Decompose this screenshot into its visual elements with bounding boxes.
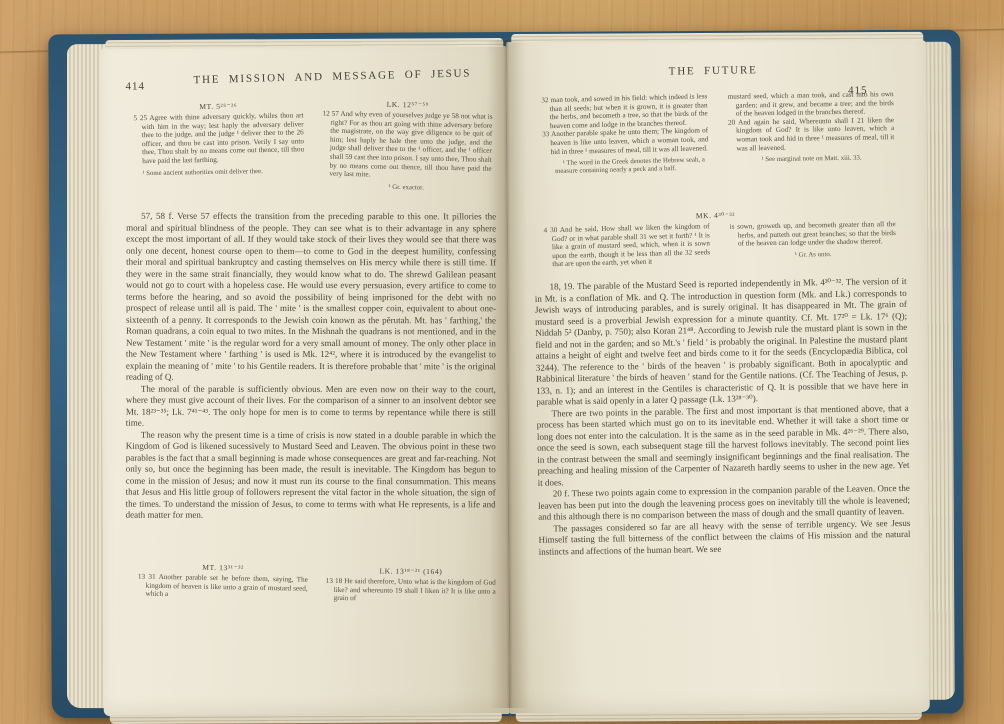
footnote: ¹ Some ancient authorities omit deliver … — [134, 167, 304, 178]
mark-column-left: 4 30 And he said, How shall we liken the… — [543, 222, 710, 269]
commentary-paragraph: 57, 58 f. Verse 57 effects the transitio… — [126, 211, 496, 384]
scripture-text: 13 18 He said therefore, Unto what is th… — [326, 577, 496, 605]
footnote: ¹ The word in the Greek denotes the Hebr… — [543, 156, 709, 176]
scripture-text: 4 30 And he said, How shall we liken the… — [543, 222, 710, 269]
scripture-text: 13 31 Another parable set he before them… — [137, 573, 307, 602]
commentary-paragraph: There are two points in the parable. The… — [536, 402, 909, 488]
scripture-text: is sown, groweth up, and becometh greate… — [730, 220, 896, 248]
parallel-columns-top-left-page: MT. 5²⁵⁻²⁶ 5 25 Agree with thine adversa… — [134, 99, 493, 194]
left-page: 414 THE MISSION AND MESSAGE OF JESUS MT.… — [100, 46, 509, 716]
luke-column-heading: LK. 12⁵⁷⁻⁵⁹ — [323, 99, 493, 111]
footnote: ¹ Gr. exactor. — [321, 182, 491, 193]
commentary-right-page: 18, 19. The parable of the Mustard Seed … — [535, 276, 911, 558]
luke-continued-column: mustard seed, which a man took, and cast… — [728, 90, 895, 173]
right-page: THE FUTURE 415 32 man took, and sowed in… — [506, 40, 930, 714]
footnote: ¹ Gr. As unto. — [730, 250, 896, 261]
parallel-columns-bottom-left-page: MT. 13³¹⁻³² 13 31 Another parable set he… — [137, 562, 496, 606]
luke-column: LK. 12⁵⁷⁻⁵⁹ 12 57 And why even of yourse… — [321, 99, 493, 194]
left-running-head: THE MISSION AND MESSAGE OF JESUS — [165, 67, 499, 87]
matthew-column-heading: MT. 5²⁵⁻²⁶ — [133, 100, 303, 112]
scripture-text: 20 And again he said, Whereunto shall I … — [728, 116, 895, 153]
commentary-paragraph: The passages considered so far are all h… — [538, 517, 910, 557]
scripture-text: 32 man took, and sowed in his field: whi… — [541, 92, 708, 130]
scripture-text: 33 Another parable spake he unto them; T… — [542, 127, 709, 157]
matthew-continued-column: 32 man took, and sowed in his field: whi… — [541, 92, 709, 177]
matthew-column-heading: MT. 13³¹⁻³² — [138, 562, 308, 574]
commentary-paragraph: The moral of the parable is sufficiently… — [126, 383, 496, 430]
luke-column-heading: LK. 13¹⁸⁻²¹ (164) — [326, 566, 496, 577]
open-book: 414 THE MISSION AND MESSAGE OF JESUS MT.… — [48, 30, 964, 719]
matthew-column: MT. 5²⁵⁻²⁶ 5 25 Agree with thine adversa… — [133, 100, 305, 195]
mark-column-right: is sown, groweth up, and becometh greate… — [730, 220, 897, 266]
parallel-columns-top-right-page: 32 man took, and sowed in his field: whi… — [542, 90, 895, 176]
mark-parallel-columns: 4 30 And he said, How shall we liken the… — [544, 220, 897, 268]
commentary-paragraph: 20 f. These two points again come to exp… — [538, 483, 910, 523]
commentary-left-page: 57, 58 f. Verse 57 effects the transitio… — [126, 211, 497, 522]
commentary-paragraph: 18, 19. The parable of the Mustard Seed … — [535, 276, 909, 408]
scripture-text: mustard seed, which a man took, and cast… — [728, 90, 894, 118]
left-page-number: 414 — [125, 80, 145, 92]
right-running-head: THE FUTURE — [503, 62, 923, 81]
luke-column-bottom: LK. 13¹⁸⁻²¹ (164) 13 18 He said therefor… — [326, 566, 496, 605]
footnote: ¹ See marginal note on Matt. xiii. 33. — [729, 154, 895, 165]
scripture-text: 12 57 And why even of yourselves judge y… — [321, 110, 492, 182]
photo-scene: 414 THE MISSION AND MESSAGE OF JESUS MT.… — [0, 0, 1004, 724]
matthew-column-bottom: MT. 13³¹⁻³² 13 31 Another parable set he… — [137, 562, 308, 602]
commentary-paragraph: The reason why the present time is a tim… — [126, 429, 496, 522]
scripture-text: 5 25 Agree with thine adversary quickly,… — [133, 111, 304, 166]
